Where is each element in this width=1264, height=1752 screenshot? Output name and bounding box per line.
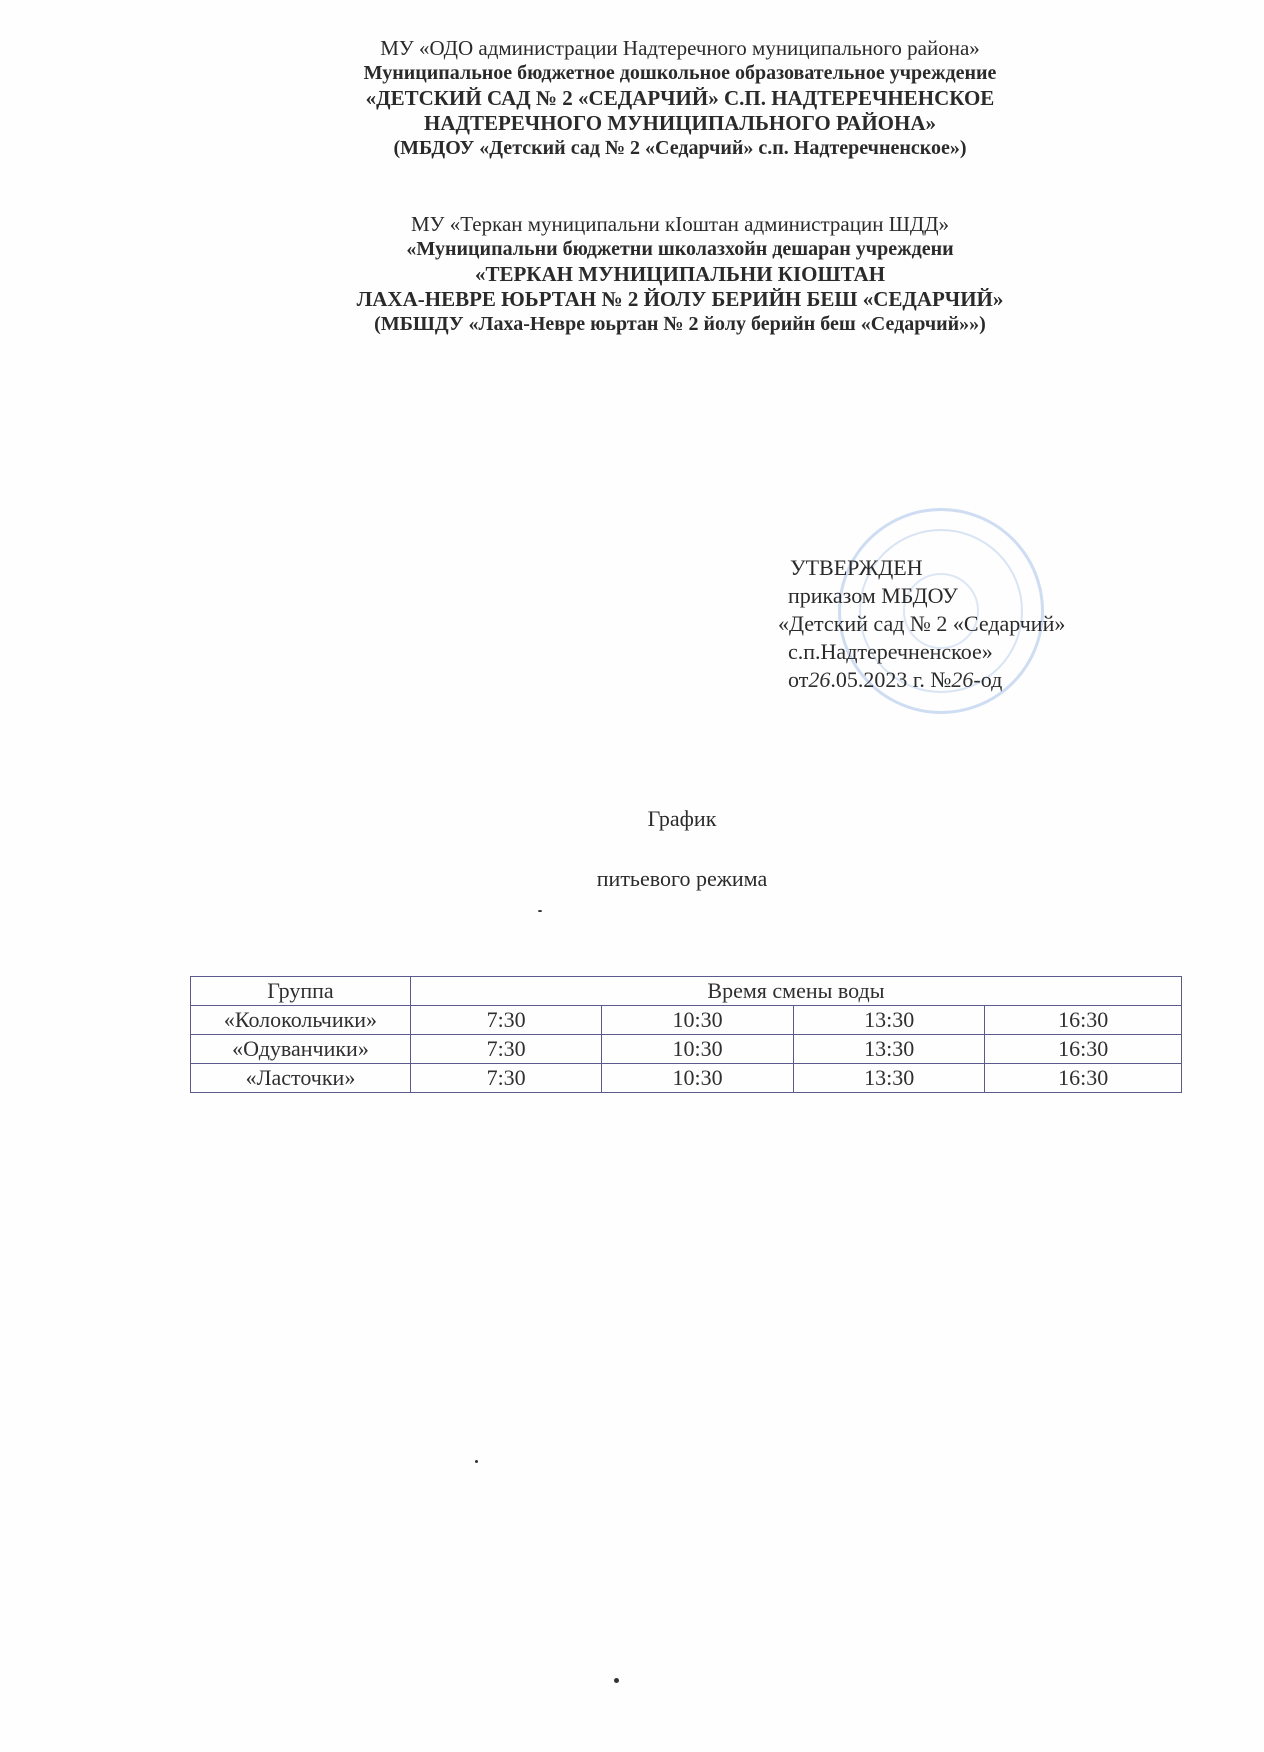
- header-ru-abbreviation: (МБДОУ «Детский сад № 2 «Седарчий» с.п. …: [250, 136, 1110, 161]
- table-header-row: Группа Время смены воды: [191, 977, 1182, 1006]
- approval-settlement: с.п.Надтеречненское»: [778, 638, 1065, 666]
- time-cell: 16:30: [985, 1064, 1182, 1093]
- header-ce-institution-name: ЛАХА-НЕВРЕ ЮЬРТАН № 2 ЙОЛУ БЕРИЙН БЕШ «С…: [250, 287, 1110, 312]
- approval-date-number: от26.05.2023 г. №26-од: [778, 666, 1065, 694]
- scan-speck-icon: [614, 1678, 619, 1683]
- document-page: МУ «ОДО администрации Надтеречного муниц…: [0, 0, 1264, 1752]
- header-ce-ministry: МУ «Теркан муниципальни кIоштан админист…: [250, 212, 1110, 237]
- approval-heading: УТВЕРЖДЕН: [778, 554, 1065, 582]
- document-title: График: [50, 806, 1264, 832]
- approval-date-prefix: от: [788, 667, 808, 692]
- approval-date-day: 26: [808, 667, 830, 692]
- approval-order-number: 26: [951, 667, 973, 692]
- scan-speck-icon: [538, 910, 542, 912]
- table-row: «Ласточки» 7:30 10:30 13:30 16:30: [191, 1064, 1182, 1093]
- header-ce-abbreviation: (МБШДУ «Лаха-Невре юьртан № 2 йолу берий…: [250, 312, 1110, 337]
- header-ru-institution-type: Муниципальное бюджетное дошкольное образ…: [250, 61, 1110, 86]
- time-cell: 13:30: [793, 1006, 985, 1035]
- time-cell: 10:30: [602, 1006, 794, 1035]
- header-group: Группа: [191, 977, 411, 1006]
- time-cell: 13:30: [793, 1064, 985, 1093]
- header-ru-ministry: МУ «ОДО администрации Надтеречного муниц…: [250, 36, 1110, 61]
- time-cell: 7:30: [410, 1064, 601, 1093]
- header-russian: МУ «ОДО администрации Надтеречного муниц…: [250, 36, 1110, 161]
- header-ce-institution-type: «Муниципальни бюджетни школазхойн дешара…: [250, 237, 1110, 262]
- header-chechen: МУ «Теркан муниципальни кIоштан админист…: [250, 212, 1110, 337]
- table-row: «Одуванчики» 7:30 10:30 13:30 16:30: [191, 1035, 1182, 1064]
- water-schedule-table: Группа Время смены воды «Колокольчики» 7…: [190, 976, 1182, 1093]
- time-cell: 7:30: [410, 1035, 601, 1064]
- time-cell: 7:30: [410, 1006, 601, 1035]
- approval-institution: «Детский сад № 2 «Седарчий»: [778, 610, 1065, 638]
- group-name: «Одуванчики»: [191, 1035, 411, 1064]
- group-name: «Ласточки»: [191, 1064, 411, 1093]
- time-cell: 16:30: [985, 1035, 1182, 1064]
- group-name: «Колокольчики»: [191, 1006, 411, 1035]
- document-subtitle: питьевого режима: [50, 866, 1264, 892]
- time-cell: 10:30: [602, 1035, 794, 1064]
- header-ru-institution-name: «ДЕТСКИЙ САД № 2 «СЕДАРЧИЙ» С.П. НАДТЕРЕ…: [250, 86, 1110, 111]
- approval-date-rest: .05.2023 г. №: [830, 667, 951, 692]
- approval-block: УТВЕРЖДЕН приказом МБДОУ «Детский сад № …: [778, 554, 1065, 694]
- header-times: Время смены воды: [410, 977, 1181, 1006]
- scan-speck-icon: [475, 1460, 478, 1463]
- table-row: «Колокольчики» 7:30 10:30 13:30 16:30: [191, 1006, 1182, 1035]
- header-ru-district: НАДТЕРЕЧНОГО МУНИЦИПАЛЬНОГО РАЙОНА»: [250, 111, 1110, 136]
- approval-order-suffix: -од: [973, 667, 1002, 692]
- time-cell: 13:30: [793, 1035, 985, 1064]
- approval-order-by: приказом МБДОУ: [778, 582, 1065, 610]
- time-cell: 10:30: [602, 1064, 794, 1093]
- header-ce-district: «ТЕРКАН МУНИЦИПАЛЬНИ КIОШТАН: [250, 262, 1110, 287]
- time-cell: 16:30: [985, 1006, 1182, 1035]
